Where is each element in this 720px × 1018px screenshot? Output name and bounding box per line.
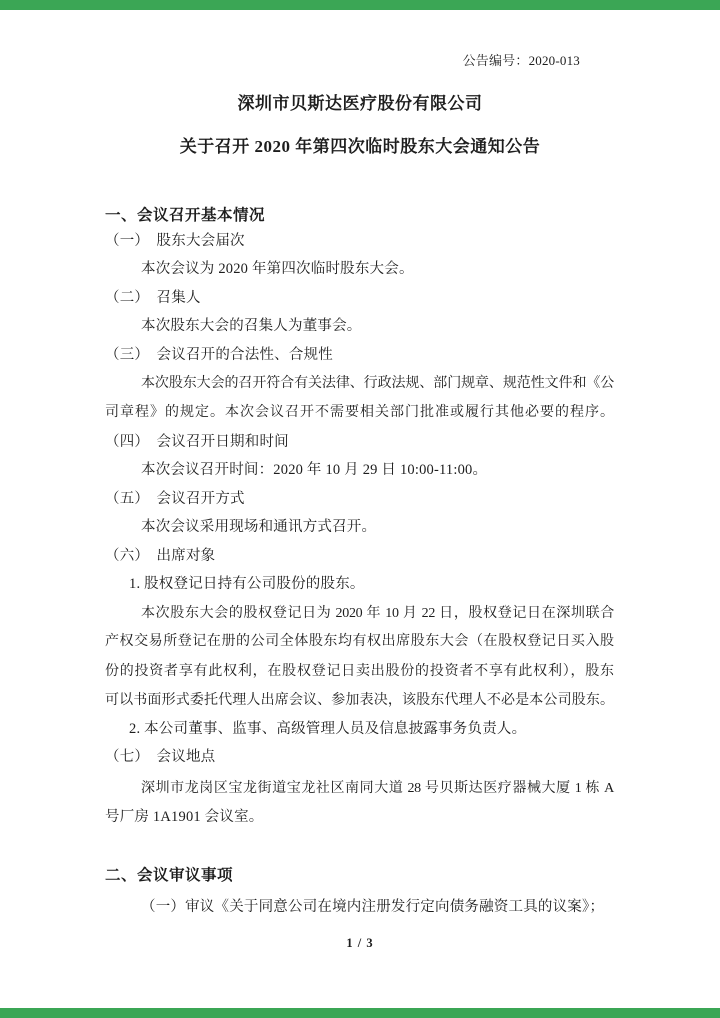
item-1-3-label: （三） 会议召开的合法性、合规性 (105, 345, 333, 366)
item-1-3-body-line-1: 本次股东大会的召开符合有关法律、行政法规、部门规章、规范性文件和《公 (141, 373, 614, 394)
item-1-6-point-1: 1. 股权登记日持有公司股份的股东。 (129, 574, 365, 595)
item-1-2-label: （二） 召集人 (105, 288, 201, 309)
bottom-border-bar (0, 1008, 720, 1018)
item-1-7-body-line-1: 深圳市龙岗区宝龙街道宝龙社区南同大道 28 号贝斯达医疗器械大厦 1 栋 A (141, 778, 614, 799)
item-1-4-label: （四） 会议召开日期和时间 (105, 432, 289, 453)
document-page: 公告编号：2020-013 深圳市贝斯达医疗股份有限公司 关于召开 2020 年… (0, 0, 720, 1018)
item-1-6-point-2: 2. 本公司董事、监事、高级管理人员及信息披露事务负责人。 (129, 719, 526, 740)
section-1-heading: 一、会议召开基本情况 (105, 205, 265, 226)
document-title: 深圳市贝斯达医疗股份有限公司 (0, 93, 720, 114)
item-1-6-body-line-2: 产权交易所登记在册的公司全体股东均有权出席股东大会（在股权登记日买入股 (105, 631, 614, 652)
item-1-7-label: （七） 会议地点 (105, 747, 215, 768)
document-subtitle: 关于召开 2020 年第四次临时股东大会通知公告 (0, 136, 720, 157)
section-2-heading: 二、会议审议事项 (105, 865, 233, 886)
item-1-6-body-line-4: 可以书面形式委托代理人出席会议、参加表决，该股东代理人不必是本公司股东。 (105, 690, 614, 711)
item-1-6-label: （六） 出席对象 (105, 546, 215, 567)
item-1-3-body-line-2: 司章程》的规定。本次会议召开不需要相关部门批准或履行其他必要的程序。 (105, 402, 614, 423)
item-1-6-body-line-1: 本次股东大会的股权登记日为 2020 年 10 月 22 日，股权登记日在深圳联… (141, 603, 614, 624)
item-1-6-body-line-3: 份的投资者享有此权利，在股权登记日卖出股份的投资者不享有此权利），股东 (105, 661, 614, 682)
top-border-bar (0, 0, 720, 10)
notice-number: 公告编号：2020-013 (463, 50, 580, 71)
item-1-5-label: （五） 会议召开方式 (105, 489, 245, 510)
item-1-5-body: 本次会议采用现场和通讯方式召开。 (141, 517, 376, 538)
item-1-7-body-line-2: 号厂房 1A1901 会议室。 (105, 807, 263, 828)
section-2-item-1: （一）审议《关于同意公司在境内注册发行定向债务融资工具的议案》； (141, 897, 604, 918)
item-1-1-label: （一） 股东大会届次 (105, 231, 245, 252)
item-1-4-body: 本次会议召开时间：2020 年 10 月 29 日 10:00-11:00。 (141, 460, 487, 481)
page-number: 1 / 3 (0, 933, 720, 954)
item-1-1-body: 本次会议为 2020 年第四次临时股东大会。 (141, 259, 414, 280)
item-1-2-body: 本次股东大会的召集人为董事会。 (141, 316, 362, 337)
